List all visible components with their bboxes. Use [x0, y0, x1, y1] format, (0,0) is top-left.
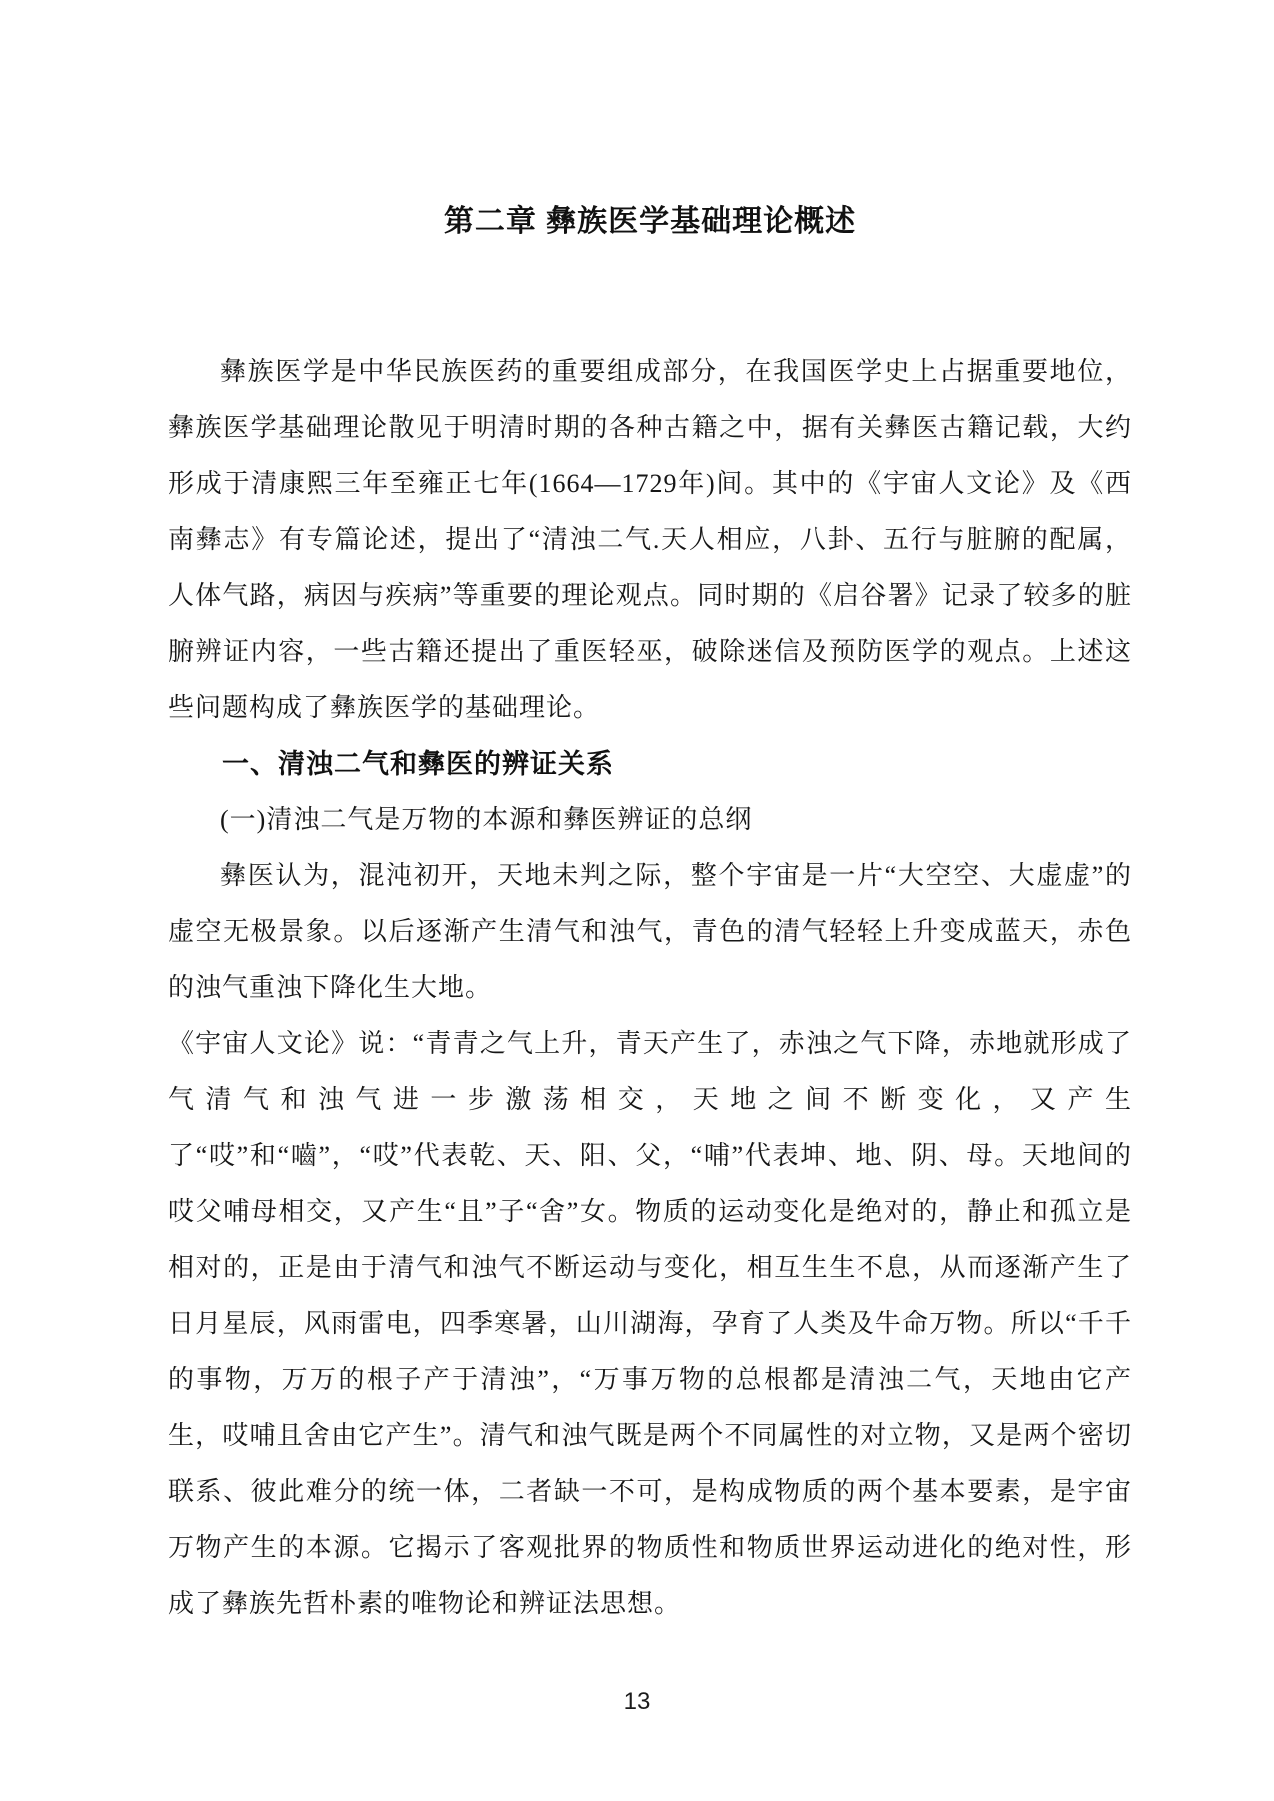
- paragraph-cosmos: 彝医认为，混沌初开，天地未判之际，整个宇宙是一片“大空空、大虚虚”的虚空无极景象…: [168, 848, 1132, 1016]
- paragraph-universe: 《宇宙人文论》说：“青青之气上升，青天产生了，赤浊之气下降，赤地就形成了气清气和…: [168, 1016, 1132, 1632]
- subsection-heading: (一)清浊二气是万物的本源和彝医辨证的总纲: [168, 792, 1132, 848]
- page-number: 13: [0, 1688, 1274, 1716]
- chapter-title: 第二章 彝族医学基础理论概述: [168, 0, 1132, 244]
- document-page: 第二章 彝族医学基础理论概述 彝族医学是中华民族医药的重要组成部分，在我国医学史…: [168, 0, 1132, 1632]
- intro-paragraph: 彝族医学是中华民族医药的重要组成部分，在我国医学史上占据重要地位，彝族医学基础理…: [168, 344, 1132, 736]
- section-heading: 一、清浊二气和彝医的辨证关系: [168, 736, 1132, 792]
